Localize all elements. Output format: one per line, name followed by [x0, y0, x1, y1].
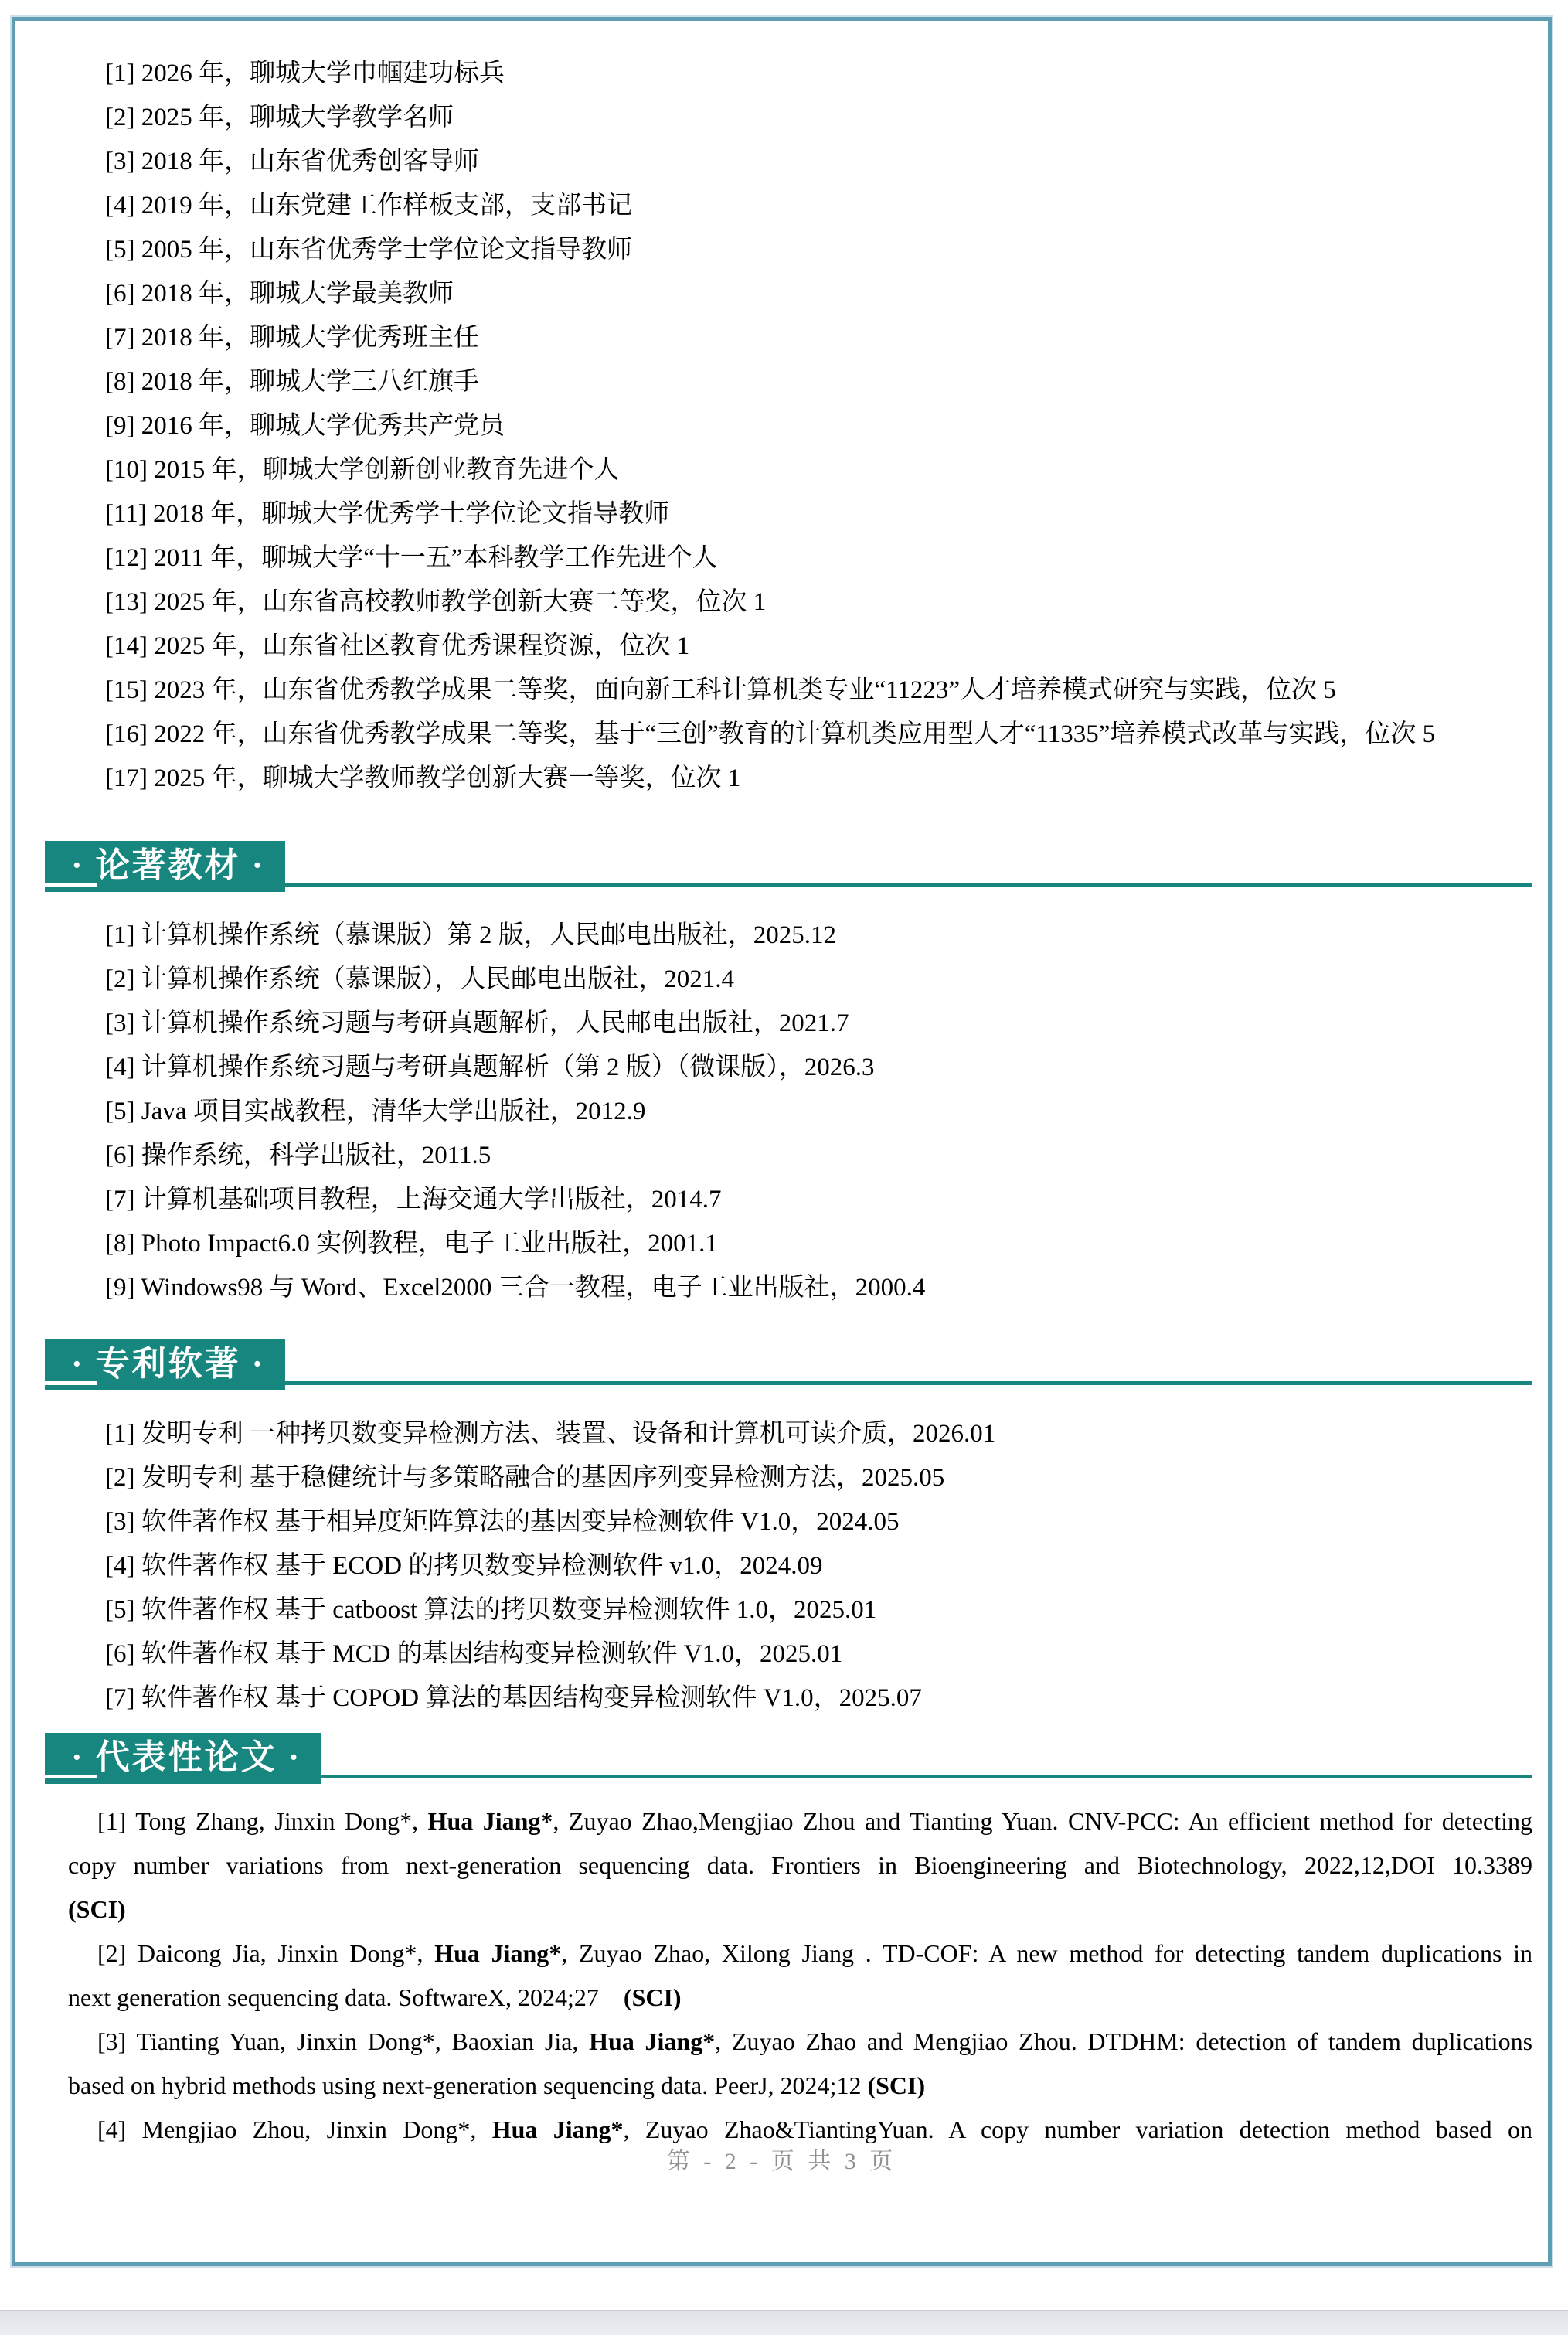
list-item: [3] 2018 年，山东省优秀创客导师 — [105, 140, 1532, 184]
paper-text-bold: (SCI) — [68, 1895, 126, 1923]
section-header-patents: · 专利软著 · — [45, 1339, 1532, 1390]
paper-line: [1] Tong Zhang, Jinxin Dong*, Hua Jiang*… — [68, 1799, 1532, 1843]
list-item: [9] Windows98 与 Word、Excel2000 三合一教程，电子工… — [105, 1266, 1532, 1310]
paper-line: [2] Daicong Jia, Jinxin Dong*, Hua Jiang… — [68, 1932, 1532, 1976]
section-rule — [285, 1381, 1532, 1385]
paper-text: , Zuyao Zhao, Xilong Jiang . TD-COF: A n… — [561, 1939, 1532, 1967]
list-item: [5] Java 项目实战教程，清华大学出版社，2012.9 — [105, 1090, 1532, 1134]
paper-line: based on hybrid methods using next-gener… — [68, 2064, 1532, 2108]
list-item: [4] 软件著作权 基于 ECOD 的拷贝数变异检测软件 v1.0，2024.0… — [105, 1544, 1532, 1588]
paper-text: [3] Tianting Yuan, Jinxin Dong*, Baoxian… — [97, 2027, 589, 2055]
paper-text-bold: (SCI) — [624, 1983, 682, 2011]
list-item: [16] 2022 年，山东省优秀教学成果二等奖，基于“三创”教育的计算机类应用… — [105, 713, 1532, 757]
paper-text: , Zuyao Zhao and Mengjiao Zhou. DTDHM: d… — [715, 2027, 1532, 2055]
paper-text-bold: Hua Jiang* — [492, 2115, 624, 2143]
list-item: [1] 2026 年，聊城大学巾帼建功标兵 — [105, 52, 1532, 96]
list-item: [6] 操作系统，科学出版社，2011.5 — [105, 1134, 1532, 1178]
section-title-box: · 论著教材 · — [45, 841, 285, 892]
honors-list: [1] 2026 年，聊城大学巾帼建功标兵[2] 2025 年，聊城大学教学名师… — [105, 52, 1532, 801]
list-item: [12] 2011 年，聊城大学“十一五”本科教学工作先进个人 — [105, 536, 1532, 580]
list-item: [2] 发明专利 基于稳健统计与多策略融合的基因序列变异检测方法，2025.05 — [105, 1456, 1532, 1500]
page-number: 第 - 2 - 页 共 3 页 — [15, 2142, 1548, 2176]
paper-text: next generation sequencing data. Softwar… — [68, 1983, 624, 2011]
paper-line: next generation sequencing data. Softwar… — [68, 1976, 1532, 2020]
paper-text: based on hybrid methods using next-gener… — [68, 2071, 867, 2099]
paper-line: [3] Tianting Yuan, Jinxin Dong*, Baoxian… — [68, 2020, 1532, 2064]
section-title-patents: · 专利软著 · — [71, 1345, 265, 1383]
patents-list: [1] 发明专利 一种拷贝数变异检测方法、装置、设备和计算机可读介质，2026.… — [105, 1412, 1532, 1721]
paper-text: [1] Tong Zhang, Jinxin Dong*, — [97, 1807, 428, 1835]
list-item: [2] 计算机操作系统（慕课版），人民邮电出版社，2021.4 — [105, 958, 1532, 1002]
list-item: [5] 软件著作权 基于 catboost 算法的拷贝数变异检测软件 1.0，2… — [105, 1588, 1532, 1632]
list-item: [5] 2005 年，山东省优秀学士学位论文指导教师 — [105, 228, 1532, 272]
list-item: [9] 2016 年，聊城大学优秀共产党员 — [105, 404, 1532, 448]
section-title-books: · 论著教材 · — [71, 846, 265, 884]
paper-line: (SCI) — [68, 1887, 1532, 1932]
list-item: [7] 计算机基础项目教程，上海交通大学出版社，2014.7 — [105, 1178, 1532, 1222]
list-item: [3] 软件著作权 基于相异度矩阵算法的基因变异检测软件 V1.0，2024.0… — [105, 1500, 1532, 1544]
paper-text: , Zuyao Zhao&TiantingYuan. A copy number… — [623, 2115, 1532, 2143]
list-item: [7] 2018 年，聊城大学优秀班主任 — [105, 316, 1532, 360]
paper-text: , Zuyao Zhao,Mengjiao Zhou and Tianting … — [553, 1807, 1532, 1835]
papers-list: [1] Tong Zhang, Jinxin Dong*, Hua Jiang*… — [68, 1799, 1532, 2152]
list-item: [1] 计算机操作系统（慕课版）第 2 版，人民邮电出版社，2025.12 — [105, 914, 1532, 958]
paper-text: [4] Mengjiao Zhou, Jinxin Dong*, — [97, 2115, 492, 2143]
paper-text-bold: Hua Jiang* — [589, 2027, 715, 2055]
section-rule — [321, 1775, 1532, 1778]
list-item: [11] 2018 年，聊城大学优秀学士学位论文指导教师 — [105, 492, 1532, 536]
list-item: [3] 计算机操作系统习题与考研真题解析，人民邮电出版社，2021.7 — [105, 1002, 1532, 1046]
list-item: [1] 发明专利 一种拷贝数变异检测方法、装置、设备和计算机可读介质，2026.… — [105, 1412, 1532, 1456]
list-item: [4] 2019 年，山东党建工作样板支部，支部书记 — [105, 184, 1532, 228]
section-rule — [285, 883, 1532, 887]
paper-text-bold: (SCI) — [867, 2071, 925, 2099]
paper-text-bold: Hua Jiang* — [428, 1807, 553, 1835]
section-header-books: · 论著教材 · — [45, 841, 1532, 892]
list-item: [8] Photo Impact6.0 实例教程，电子工业出版社，2001.1 — [105, 1222, 1532, 1266]
paper-text-bold: Hua Jiang* — [434, 1939, 561, 1967]
paper-line: copy number variations from next-generat… — [68, 1843, 1532, 1887]
list-item: [7] 软件著作权 基于 COPOD 算法的基因结构变异检测软件 V1.0，20… — [105, 1676, 1532, 1721]
bottom-bar — [0, 2310, 1568, 2335]
list-item: [2] 2025 年，聊城大学教学名师 — [105, 96, 1532, 140]
list-item: [4] 计算机操作系统习题与考研真题解析（第 2 版）（微课版），2026.3 — [105, 1046, 1532, 1090]
list-item: [6] 软件著作权 基于 MCD 的基因结构变异检测软件 V1.0，2025.0… — [105, 1632, 1532, 1676]
list-item: [10] 2015 年，聊城大学创新创业教育先进个人 — [105, 448, 1532, 492]
list-item: [13] 2025 年，山东省高校教师教学创新大赛二等奖，位次 1 — [105, 580, 1532, 625]
books-list: [1] 计算机操作系统（慕课版）第 2 版，人民邮电出版社，2025.12[2]… — [105, 914, 1532, 1310]
list-item: [6] 2018 年，聊城大学最美教师 — [105, 272, 1532, 316]
section-title-papers: · 代表性论文 · — [71, 1738, 301, 1776]
section-title-box: · 专利软著 · — [45, 1339, 285, 1390]
document-page: [1] 2026 年，聊城大学巾帼建功标兵[2] 2025 年，聊城大学教学名师… — [12, 17, 1552, 2266]
list-item: [8] 2018 年，聊城大学三八红旗手 — [105, 360, 1532, 404]
paper-text: copy number variations from next-generat… — [68, 1851, 1532, 1879]
list-item: [15] 2023 年，山东省优秀教学成果二等奖，面向新工科计算机类专业“112… — [105, 669, 1532, 713]
section-header-papers: · 代表性论文 · — [45, 1733, 1532, 1784]
list-item: [17] 2025 年，聊城大学教师教学创新大赛一等奖，位次 1 — [105, 757, 1532, 801]
paper-text: [2] Daicong Jia, Jinxin Dong*, — [97, 1939, 434, 1967]
list-item: [14] 2025 年，山东省社区教育优秀课程资源，位次 1 — [105, 625, 1532, 669]
section-title-box: · 代表性论文 · — [45, 1733, 321, 1784]
